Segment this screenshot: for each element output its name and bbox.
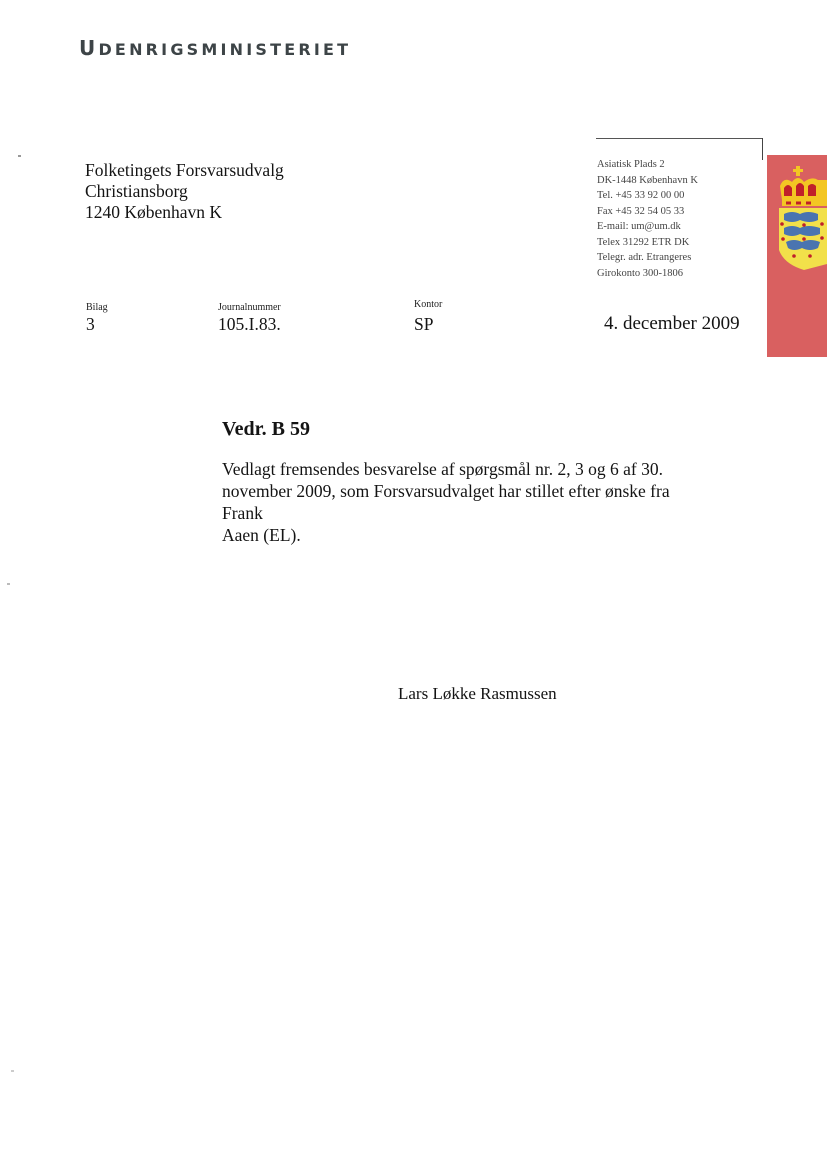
sender-line: E-mail: um@um.dk <box>597 219 698 235</box>
recipient-line: 1240 København K <box>85 202 284 223</box>
sender-line: Asiatisk Plads 2 <box>597 157 698 173</box>
ministry-rest: denrigsministeriet <box>98 40 351 59</box>
journal-label: Journalnummer <box>218 302 281 313</box>
ministry-name: Udenrigsministeriet <box>79 36 351 60</box>
recipient-address: Folketingets Forsvarsudvalg Christiansbo… <box>85 160 284 223</box>
ministry-initial: U <box>79 36 98 60</box>
sender-line: Tel. +45 33 92 00 00 <box>597 188 698 204</box>
sender-line: Girokonto 300-1806 <box>597 266 698 282</box>
recipient-line: Folketingets Forsvarsudvalg <box>85 160 284 181</box>
letter-body: Vedlagt fremsendes besvarelse af spørgsm… <box>222 458 712 546</box>
signature: Lars Løkke Rasmussen <box>398 684 557 704</box>
body-line: november 2009, som Forsvarsudvalget har … <box>222 480 712 524</box>
scan-speck <box>18 155 21 157</box>
sender-rule-corner <box>762 138 763 160</box>
sender-line: Telex 31292 ETR DK <box>597 235 698 251</box>
sender-address: Asiatisk Plads 2 DK-1448 København K Tel… <box>597 157 698 281</box>
body-line: Aaen (EL). <box>222 524 712 546</box>
letter-date: 4. december 2009 <box>604 313 740 335</box>
bilag-value: 3 <box>86 314 95 335</box>
journal-value: 105.I.83. <box>218 314 281 335</box>
kontor-value: SP <box>414 314 433 335</box>
bilag-label: Bilag <box>86 302 108 313</box>
sender-rule <box>596 138 762 139</box>
danish-coat-of-arms-icon <box>774 164 827 272</box>
letter-subject: Vedr. B 59 <box>222 418 310 441</box>
scan-speck <box>7 583 10 585</box>
sender-line: DK-1448 København K <box>597 173 698 189</box>
recipient-line: Christiansborg <box>85 181 284 202</box>
body-line: Vedlagt fremsendes besvarelse af spørgsm… <box>222 458 712 480</box>
sender-line: Fax +45 32 54 05 33 <box>597 204 698 220</box>
scan-speck <box>11 1070 14 1072</box>
kontor-label: Kontor <box>414 299 442 310</box>
sender-line: Telegr. adr. Etrangeres <box>597 250 698 266</box>
